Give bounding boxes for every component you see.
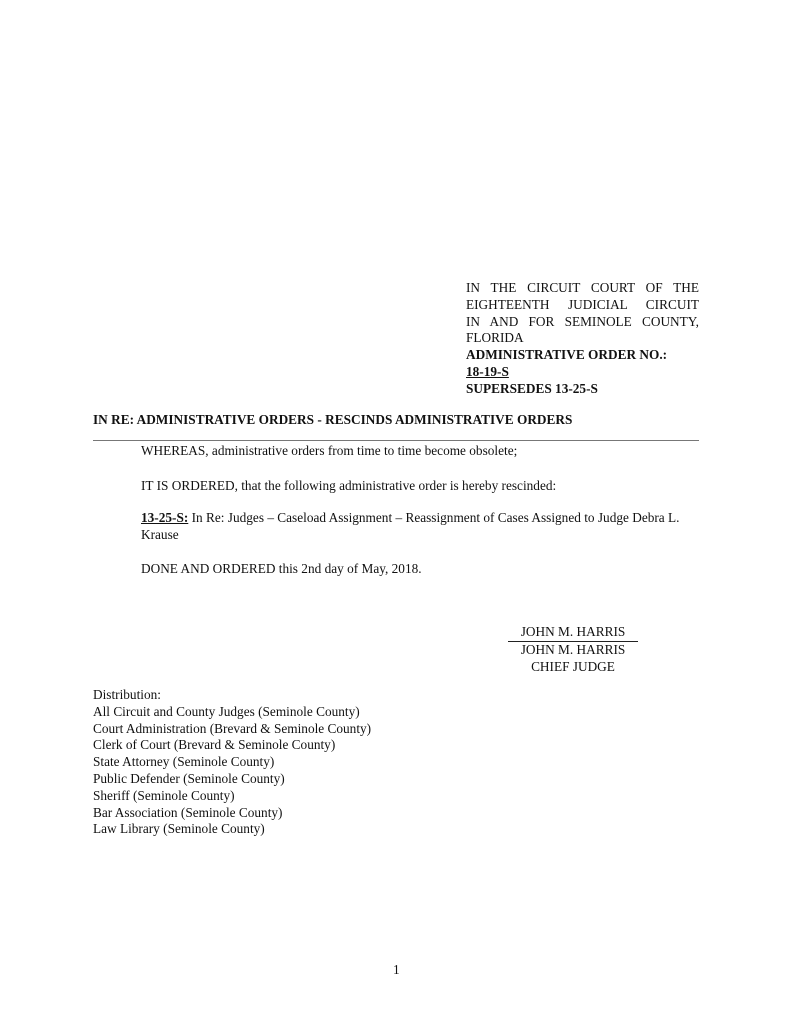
title-divider: [93, 440, 699, 441]
rescinded-order-item: 13-25-S: In Re: Judges – Caseload Assign…: [141, 510, 701, 544]
judge-title: CHIEF JUDGE: [508, 659, 638, 676]
list-item: Bar Association (Seminole County): [93, 805, 371, 822]
caption-line: EIGHTEENTH JUDICIAL CIRCUIT: [466, 297, 699, 314]
supersedes-line: SUPERSEDES 13-25-S: [466, 381, 699, 398]
case-caption: IN THE CIRCUIT COURT OF THE EIGHTEENTH J…: [466, 280, 699, 398]
list-item: All Circuit and County Judges (Seminole …: [93, 704, 371, 721]
rescinded-order-number: 13-25-S:: [141, 510, 188, 525]
caption-line: IN THE CIRCUIT COURT OF THE: [466, 280, 699, 297]
done-and-ordered: DONE AND ORDERED this 2nd day of May, 20…: [141, 561, 422, 578]
distribution-heading: Distribution:: [93, 687, 371, 704]
list-item: Public Defender (Seminole County): [93, 771, 371, 788]
signature-block: JOHN M. HARRIS JOHN M. HARRIS CHIEF JUDG…: [508, 624, 638, 675]
list-item: State Attorney (Seminole County): [93, 754, 371, 771]
list-item: Clerk of Court (Brevard & Seminole Count…: [93, 737, 371, 754]
distribution-list: Distribution: All Circuit and County Jud…: [93, 687, 371, 838]
caption-line: IN AND FOR SEMINOLE COUNTY,: [466, 314, 699, 331]
ordered-clause: IT IS ORDERED, that the following admini…: [141, 478, 556, 495]
order-title: IN RE: ADMINISTRATIVE ORDERS - RESCINDS …: [93, 412, 572, 429]
rescinded-order-text: In Re: Judges – Caseload Assignment – Re…: [141, 510, 679, 542]
list-item: Sheriff (Seminole County): [93, 788, 371, 805]
order-number: 18-19-S: [466, 364, 509, 379]
list-item: Law Library (Seminole County): [93, 821, 371, 838]
list-item: Court Administration (Brevard & Seminole…: [93, 721, 371, 738]
order-label: ADMINISTRATIVE ORDER NO.:: [466, 347, 699, 364]
signature: JOHN M. HARRIS: [508, 624, 638, 642]
whereas-clause: WHEREAS, administrative orders from time…: [141, 443, 517, 460]
caption-line: FLORIDA: [466, 330, 699, 347]
page-number: 1: [393, 962, 400, 979]
printed-name: JOHN M. HARRIS: [508, 642, 638, 659]
